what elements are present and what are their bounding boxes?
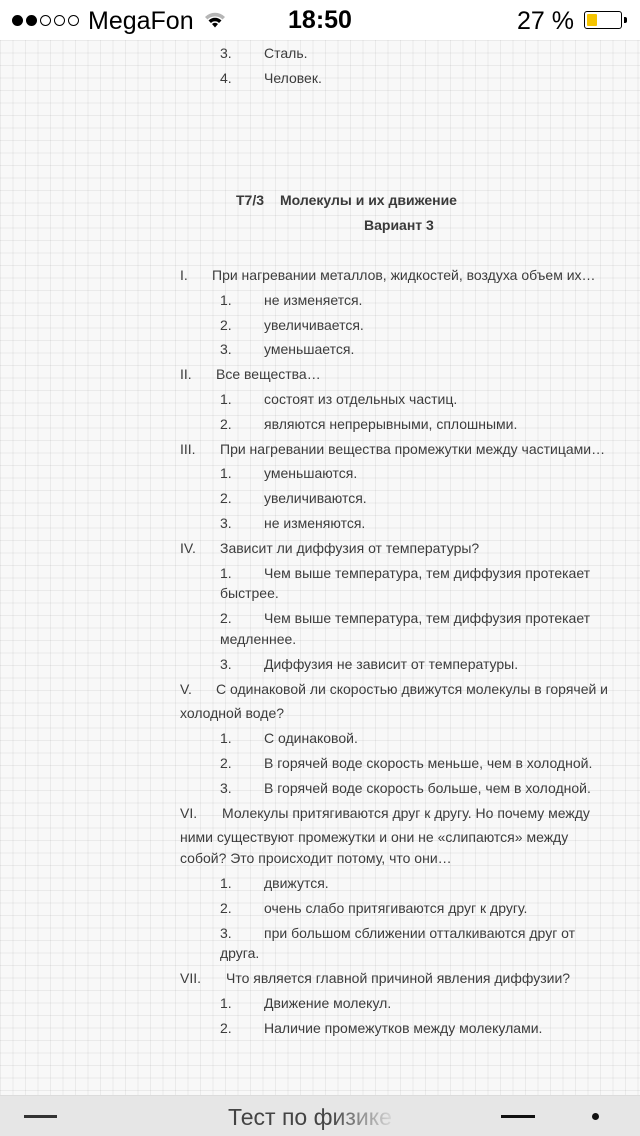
option-number: 3.: [220, 654, 264, 675]
answer-option[interactable]: 1.Чем выше температура, тем диффузия про…: [220, 563, 590, 584]
answer-option[interactable]: 2.увеличиваются.: [220, 488, 367, 509]
option-text: В горячей воде скорость меньше, чем в хо…: [264, 755, 592, 771]
test-title: Т7/3Молекулы и их движение: [236, 192, 457, 208]
option-text: Человек.: [264, 70, 322, 86]
signal-dot: [26, 15, 37, 26]
question-number: IV.: [180, 538, 220, 559]
option-number: 1.: [220, 463, 264, 484]
option-text: увеличиваются.: [264, 490, 367, 506]
test-topic: Молекулы и их движение: [280, 192, 457, 208]
status-bar: MegaFon 18:50 27 %: [0, 0, 640, 40]
option-number: 2.: [220, 608, 264, 629]
answer-option[interactable]: 3.уменьшается.: [220, 339, 354, 360]
option-text-continued: медленнее.: [220, 629, 296, 650]
signal-dot: [12, 15, 23, 26]
option-text: при большом сближении отталкиваются друг…: [264, 925, 575, 941]
answer-option[interactable]: 2.Наличие промежутков между молекулами.: [220, 1018, 542, 1039]
question: III.При нагревании вещества промежутки м…: [180, 439, 605, 460]
option-number: 1.: [220, 563, 264, 584]
question-number: VI.: [180, 803, 222, 824]
option-number: 2.: [220, 1018, 264, 1039]
signal-dot: [68, 15, 79, 26]
option-text: не изменяются.: [264, 515, 365, 531]
option-number: 3.: [220, 339, 264, 360]
option-number: 4.: [220, 68, 264, 89]
answer-option[interactable]: 1.состоят из отдельных частиц.: [220, 389, 457, 410]
option-text: В горячей воде скорость больше, чем в хо…: [264, 780, 591, 796]
answer-option[interactable]: 1.С одинаковой.: [220, 728, 358, 749]
option-text: являются непрерывными, сплошными.: [264, 416, 517, 432]
question-number: VII.: [180, 968, 226, 989]
signal-strength-icon: [12, 12, 79, 28]
option-number: 1.: [220, 728, 264, 749]
answer-option[interactable]: 3.В горячей воде скорость больше, чем в …: [220, 778, 591, 799]
question-text: Все вещества…: [216, 366, 321, 382]
question-text-continued: ними существуют промежутки и они не «сли…: [180, 827, 568, 848]
option-text: Движение молекул.: [264, 995, 391, 1011]
option-text-continued: друга.: [220, 943, 259, 964]
question-text: При нагревании металлов, жидкостей, возд…: [212, 267, 596, 283]
prev-option: 4.Человек.: [220, 68, 322, 89]
answer-option[interactable]: 1.уменьшаются.: [220, 463, 357, 484]
question-number: I.: [180, 265, 212, 286]
prev-option: 3.Сталь.: [220, 43, 308, 64]
option-text: Чем выше температура, тем диффузия проте…: [264, 565, 590, 581]
signal-dot: [40, 15, 51, 26]
test-code: Т7/3: [236, 192, 280, 208]
option-number: 3.: [220, 513, 264, 534]
answer-option[interactable]: 2.увеличивается.: [220, 315, 364, 336]
option-number: 1.: [220, 389, 264, 410]
option-number: 2.: [220, 898, 264, 919]
question-text: С одинаковой ли скоростью движутся молек…: [216, 681, 608, 697]
battery-percent: 27 %: [517, 6, 574, 36]
signal-dot: [54, 15, 65, 26]
option-number: 2.: [220, 315, 264, 336]
battery-fill: [587, 14, 597, 26]
answer-option[interactable]: 2.Чем выше температура, тем диффузия про…: [220, 608, 590, 629]
question-text: При нагревании вещества промежутки между…: [220, 441, 605, 457]
question: V.С одинаковой ли скоростью движутся мол…: [180, 679, 608, 700]
answer-option[interactable]: 2.являются непрерывными, сплошными.: [220, 414, 517, 435]
option-text: уменьшается.: [264, 341, 354, 357]
question-text: Что является главной причиной явления ди…: [226, 970, 570, 986]
question-text: Зависит ли диффузия от температуры?: [220, 540, 479, 556]
option-text: очень слабо притягиваются друг к другу.: [264, 900, 527, 916]
question-number: II.: [180, 364, 216, 385]
option-number: 2.: [220, 488, 264, 509]
question-number: V.: [180, 679, 216, 700]
question: IV.Зависит ли диффузия от температуры?: [180, 538, 479, 559]
option-text: Диффузия не зависит от температуры.: [264, 656, 518, 672]
battery-icon: [584, 11, 622, 29]
dot-icon[interactable]: [592, 1113, 599, 1120]
option-number: 1.: [220, 993, 264, 1014]
answer-option[interactable]: 3.Диффузия не зависит от температуры.: [220, 654, 518, 675]
option-text: не изменяется.: [264, 292, 362, 308]
dash-icon[interactable]: [24, 1115, 57, 1118]
answer-option[interactable]: 3.не изменяются.: [220, 513, 365, 534]
option-text: Чем выше температура, тем диффузия проте…: [264, 610, 590, 626]
option-text: Сталь.: [264, 45, 308, 61]
option-text: Наличие промежутков между молекулами.: [264, 1020, 542, 1036]
option-number: 1.: [220, 290, 264, 311]
wifi-icon: [203, 10, 227, 30]
answer-option[interactable]: 1.Движение молекул.: [220, 993, 391, 1014]
option-number: 2.: [220, 753, 264, 774]
document-title: Тест по физике: [228, 1103, 398, 1131]
option-number: 3.: [220, 778, 264, 799]
option-text: увеличивается.: [264, 317, 364, 333]
question-number: III.: [180, 439, 220, 460]
answer-option[interactable]: 3.при большом сближении отталкиваются др…: [220, 923, 575, 944]
dash-icon[interactable]: [501, 1115, 535, 1118]
carrier-name: MegaFon: [88, 6, 194, 36]
question-text-continued: собой? Это происходит потому, что они…: [180, 848, 452, 869]
option-text: движутся.: [264, 875, 329, 891]
answer-option[interactable]: 1.не изменяется.: [220, 290, 362, 311]
option-text: уменьшаются.: [264, 465, 357, 481]
option-text-continued: быстрее.: [220, 583, 279, 604]
answer-option[interactable]: 2.В горячей воде скорость меньше, чем в …: [220, 753, 592, 774]
option-number: 1.: [220, 873, 264, 894]
question-text: Молекулы притягиваются друг к другу. Но …: [222, 805, 590, 821]
option-text: состоят из отдельных частиц.: [264, 391, 457, 407]
question: VII.Что является главной причиной явлени…: [180, 968, 570, 989]
variant-label: Вариант 3: [364, 217, 434, 233]
bottom-toolbar: Тест по физике: [0, 1095, 640, 1136]
question: VI.Молекулы притягиваются друг к другу. …: [180, 803, 590, 824]
option-number: 3.: [220, 43, 264, 64]
question: I.При нагревании металлов, жидкостей, во…: [180, 265, 596, 286]
question-text-continued: холодной воде?: [180, 703, 284, 724]
option-number: 2.: [220, 414, 264, 435]
option-number: 3.: [220, 923, 264, 944]
answer-option[interactable]: 2.очень слабо притягиваются друг к другу…: [220, 898, 527, 919]
option-text: С одинаковой.: [264, 730, 358, 746]
answer-option[interactable]: 1.движутся.: [220, 873, 329, 894]
document-view[interactable]: 3.Сталь. 4.Человек. Т7/3Молекулы и их дв…: [0, 40, 640, 1096]
battery-nub: [624, 17, 627, 23]
question: II.Все вещества…: [180, 364, 321, 385]
